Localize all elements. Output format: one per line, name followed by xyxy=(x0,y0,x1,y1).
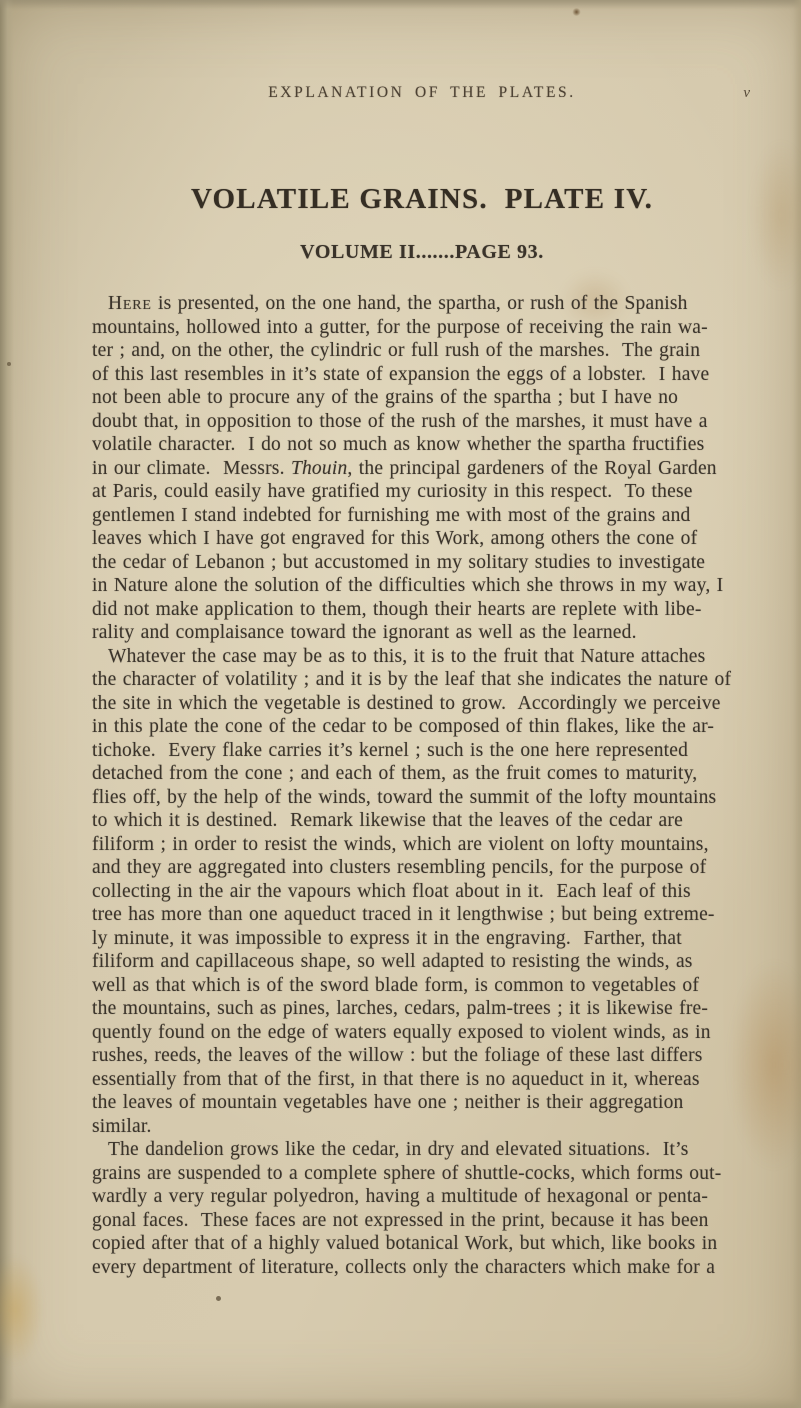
paragraph-dandelion: The dandelion grows like the cedar, in d… xyxy=(92,1138,754,1279)
page-edge-top xyxy=(0,0,801,9)
page-edge-bottom xyxy=(0,1398,801,1408)
book-page: EXPLANATION OF THE PLATES. v VOLATILE GR… xyxy=(0,0,801,1408)
volume-reference: VOLUME II.......PAGE 93. xyxy=(92,241,752,264)
ink-speck xyxy=(216,1296,221,1301)
page-edge-left xyxy=(0,0,14,1408)
paragraph-spartha: Here is presented, on the one hand, the … xyxy=(92,292,754,645)
plate-title: VOLATILE GRAINS. PLATE IV. xyxy=(92,183,752,216)
gardener-name-italic: Thouin xyxy=(291,458,347,479)
body-text: Here is presented, on the one hand, the … xyxy=(92,292,754,1279)
paragraph-text-after-name: , the principal gardeners of the Royal G… xyxy=(92,458,723,644)
page-edge-right xyxy=(793,0,801,1408)
paragraph-cedar: Whatever the case may be as to this, it … xyxy=(92,645,754,1139)
running-header-title: EXPLANATION OF THE PLATES. xyxy=(92,84,752,102)
running-header: EXPLANATION OF THE PLATES. v xyxy=(92,84,752,106)
paper-stain xyxy=(572,8,581,16)
page-number: v xyxy=(743,85,750,102)
paragraph-text-before-name: is presented, on the one hand, the spart… xyxy=(92,293,709,479)
paragraph-lead-word: Here xyxy=(108,293,152,314)
